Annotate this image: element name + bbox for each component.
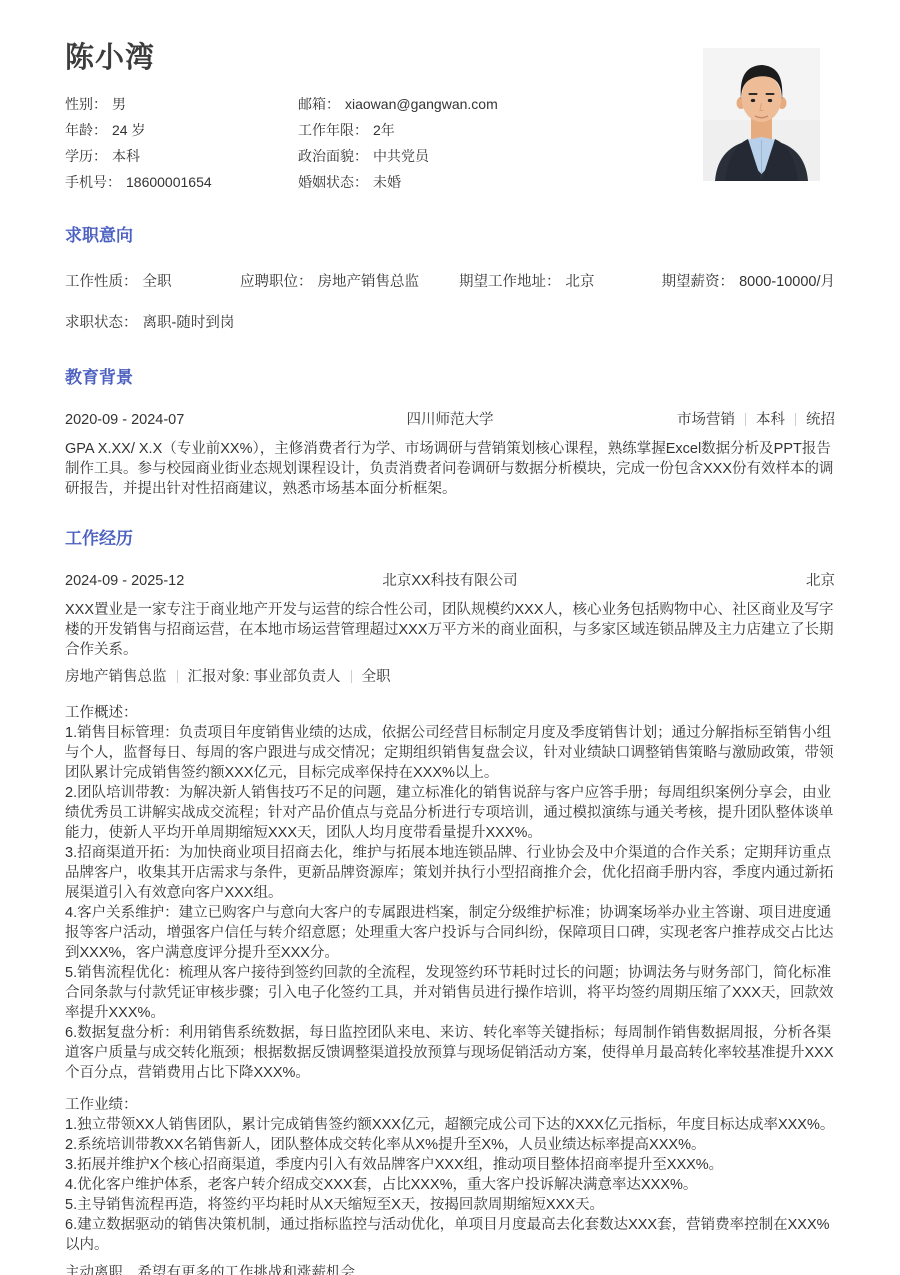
education-qualifications: 市场营销本科统招 bbox=[494, 411, 836, 429]
work-company: 北京XX科技有限公司 bbox=[382, 572, 517, 590]
info-label: 工作年限： bbox=[298, 122, 368, 138]
expected-salary: 期望薪资：8000-10000/月 bbox=[660, 273, 835, 291]
work-achievement-item: 3.拓展并维护X个核心招商渠道，季度内引入有效品牌客户XXX组，推动项目整体招商… bbox=[65, 1155, 835, 1175]
target-position-value: 房地产销售总监 bbox=[318, 274, 420, 290]
basic-info-item: 婚姻状态：未婚 bbox=[298, 174, 625, 191]
job-intention-row-1: 工作性质：全职 应聘职位：房地产销售总监 期望工作地址：北京 期望薪资：8000… bbox=[65, 273, 835, 291]
work-overview-title: 工作概述： bbox=[65, 703, 835, 723]
info-value: 2年 bbox=[373, 122, 395, 138]
work-overview-item: 1.销售目标管理：负责项目年度销售业绩的达成，依据公司经营目标制定月度及季度销售… bbox=[65, 723, 835, 783]
expected-location-value: 北京 bbox=[566, 274, 595, 290]
resume-page: 陈小湾 性别：男 bbox=[0, 0, 900, 1275]
expected-location: 期望工作地址：北京 bbox=[459, 273, 660, 291]
job-nature: 工作性质：全职 bbox=[65, 273, 240, 291]
work-period: 2024-09 - 2025-12 bbox=[65, 572, 382, 590]
basic-info-item: 手机号：18600001654 bbox=[65, 174, 298, 191]
profile-photo-illustration bbox=[703, 48, 820, 181]
basic-info-item: 工作年限：2年 bbox=[298, 122, 625, 139]
work-employment-type: 全职 bbox=[362, 669, 391, 685]
info-value: 男 bbox=[112, 96, 126, 112]
company-intro: XXX置业是一家专注于商业地产开发与运营的综合性公司，团队规模约XXX人，核心业… bbox=[65, 600, 835, 660]
education-meta-row: 2020-09 - 2024-07 四川师范大学 市场营销本科统招 bbox=[65, 411, 835, 429]
work-achievement-item: 4.优化客户维护体系，老客户转介绍成交XXX套，占比XXX%，重大客户投诉解决满… bbox=[65, 1175, 835, 1195]
target-position-label: 应聘职位： bbox=[240, 274, 313, 290]
info-label: 政治面貌： bbox=[298, 148, 368, 164]
info-value: 18600001654 bbox=[126, 174, 212, 190]
work-achievement-item: 6.建立数据驱动的销售决策机制，通过指标监控与活动优化，单项目月度最高去化套数达… bbox=[65, 1215, 835, 1255]
basic-info-item: 年龄：24 岁 bbox=[65, 122, 298, 139]
section-title-work-experience: 工作经历 bbox=[65, 529, 835, 549]
work-achievements-list: 1.独立带领XX人销售团队，累计完成销售签约额XXX亿元，超额完成公司下达的XX… bbox=[65, 1115, 835, 1255]
info-label: 邮箱： bbox=[298, 96, 340, 112]
info-value: 24 岁 bbox=[112, 122, 145, 138]
work-location: 北京 bbox=[518, 572, 835, 590]
leaving-reason: 主动离职，希望有更多的工作挑战和涨薪机会 bbox=[65, 1263, 835, 1275]
expected-salary-label: 期望薪资： bbox=[662, 274, 735, 290]
job-seeking-status: 求职状态：离职-随时到岗 bbox=[65, 314, 835, 332]
job-seeking-status-label: 求职状态： bbox=[65, 315, 138, 331]
work-overview-item: 2.团队培训带教：为解决新人销售技巧不足的问题，建立标准化的销售说辞与客户应答手… bbox=[65, 783, 835, 843]
job-nature-value: 全职 bbox=[143, 274, 172, 290]
job-nature-label: 工作性质： bbox=[65, 274, 138, 290]
education-admission: 统招 bbox=[806, 412, 835, 428]
info-label: 学历： bbox=[65, 148, 107, 164]
work-achievement-item: 5.主导销售流程再造，将签约平均耗时从X天缩短至X天，按揭回款周期缩短XXX天。 bbox=[65, 1195, 835, 1215]
divider bbox=[177, 670, 178, 683]
work-overview-item: 5.销售流程优化：梳理从客户接待到签约回款的全流程，发现签约环节耗时过长的问题；… bbox=[65, 963, 835, 1023]
divider bbox=[795, 413, 796, 426]
info-label: 性别： bbox=[65, 96, 107, 112]
position-line: 房地产销售总监汇报对象: 事业部负责人全职 bbox=[65, 668, 835, 686]
work-report-to: 汇报对象: 事业部负责人 bbox=[188, 669, 341, 685]
divider bbox=[351, 670, 352, 683]
work-achievement-item: 2.系统培训带教XX名销售新人，团队整体成交转化率从X%提升至X%，人员业绩达标… bbox=[65, 1135, 835, 1155]
education-description: GPA X.XX/ X.X（专业前XX%），主修消费者行为学、市场调研与营销策划… bbox=[65, 439, 835, 499]
work-overview-list: 1.销售目标管理：负责项目年度销售业绩的达成，依据公司经营目标制定月度及季度销售… bbox=[65, 723, 835, 1083]
info-label: 年龄： bbox=[65, 122, 107, 138]
section-title-job-intention: 求职意向 bbox=[65, 226, 835, 246]
work-overview-item: 3.招商渠道开拓：为加快商业项目招商去化，维护与拓展本地连锁品牌、行业协会及中介… bbox=[65, 843, 835, 903]
info-value: 中共党员 bbox=[373, 148, 429, 164]
target-position: 应聘职位：房地产销售总监 bbox=[240, 273, 459, 291]
expected-location-label: 期望工作地址： bbox=[459, 274, 561, 290]
work-overview-block: 工作概述： 1.销售目标管理：负责项目年度销售业绩的达成，依据公司经营目标制定月… bbox=[65, 703, 835, 1083]
basic-info-item: 政治面貌：中共党员 bbox=[298, 148, 625, 165]
education-period: 2020-09 - 2024-07 bbox=[65, 411, 407, 429]
expected-salary-value: 8000-10000/月 bbox=[739, 274, 835, 290]
section-title-education: 教育背景 bbox=[65, 368, 835, 388]
info-label: 婚姻状态： bbox=[298, 174, 368, 190]
basic-info-item: 邮箱：xiaowan@gangwan.com bbox=[298, 96, 625, 113]
info-value: 本科 bbox=[112, 148, 140, 164]
job-seeking-status-value: 离职-随时到岗 bbox=[143, 315, 235, 331]
work-overview-item: 4.客户关系维护：建立已购客户与意向大客户的专属跟进档案，制定分级维护标准；协调… bbox=[65, 903, 835, 963]
work-meta-row: 2024-09 - 2025-12 北京XX科技有限公司 北京 bbox=[65, 572, 835, 590]
work-position: 房地产销售总监 bbox=[65, 669, 167, 685]
basic-info-item: 学历：本科 bbox=[65, 148, 298, 165]
work-achievement-item: 1.独立带领XX人销售团队，累计完成销售签约额XXX亿元，超额完成公司下达的XX… bbox=[65, 1115, 835, 1135]
info-label: 手机号： bbox=[65, 174, 121, 190]
work-achievements-title: 工作业绩： bbox=[65, 1095, 835, 1115]
work-achievements-block: 工作业绩： 1.独立带领XX人销售团队，累计完成销售签约额XXX亿元，超额完成公… bbox=[65, 1095, 835, 1255]
work-overview-item: 6.数据复盘分析：利用销售系统数据，每日监控团队来电、来访、转化率等关键指标；每… bbox=[65, 1023, 835, 1083]
info-value: 未婚 bbox=[373, 174, 401, 190]
divider bbox=[745, 413, 746, 426]
education-major: 市场营销 bbox=[677, 412, 735, 428]
education-school: 四川师范大学 bbox=[407, 411, 494, 429]
basic-info: 性别：男 邮箱：xiaowan@gangwan.com 年龄：24 岁 工作年限… bbox=[65, 96, 625, 191]
profile-photo bbox=[703, 48, 820, 181]
education-degree: 本科 bbox=[756, 412, 785, 428]
basic-info-item: 性别：男 bbox=[65, 96, 298, 113]
info-value: xiaowan@gangwan.com bbox=[345, 96, 498, 112]
